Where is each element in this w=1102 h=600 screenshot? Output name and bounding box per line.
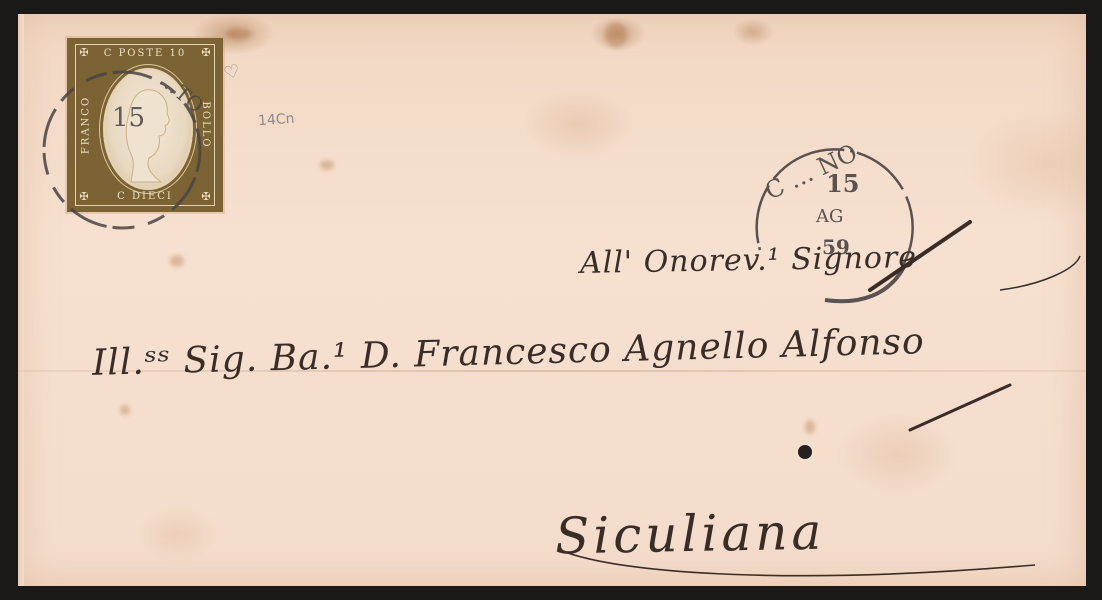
foxing-stain: [805, 420, 815, 434]
cover-left-fold-edge: [18, 14, 24, 586]
stamp-bottom-legend: C DIECI: [76, 191, 214, 202]
stamp-portrait-cameo: [103, 68, 193, 190]
foxing-stain: [605, 22, 627, 48]
stamp-corner-ornament: ✠: [200, 191, 212, 203]
foxing-stain: [226, 28, 252, 40]
ink-blot: [798, 445, 812, 459]
stamp-corner-ornament: ✠: [78, 47, 90, 59]
stamp-left-legend: FRANCO: [80, 96, 91, 154]
portrait-profile-icon: [105, 70, 191, 188]
address-salutation: All' Onorev.¹ Signore: [580, 240, 918, 281]
stamp-top-legend: C POSTE 10: [76, 48, 214, 59]
stamp-corner-ornament: ✠: [78, 191, 90, 203]
catalogue-pencil-note: 14Cn: [257, 111, 294, 130]
stamp-frame: C POSTE 10 FRANCO BOLLO C DIECI ✠ ✠ ✠ ✠: [75, 44, 215, 206]
stamp-right-legend: BOLLO: [200, 101, 211, 148]
address-destination-town: Siculiana: [555, 503, 826, 566]
postage-stamp: C POSTE 10 FRANCO BOLLO C DIECI ✠ ✠ ✠ ✠: [67, 38, 223, 212]
foxing-stain: [120, 405, 130, 415]
stamp-corner-ornament: ✠: [200, 47, 212, 59]
foxing-stain: [320, 160, 334, 170]
foxing-stain: [170, 255, 184, 267]
